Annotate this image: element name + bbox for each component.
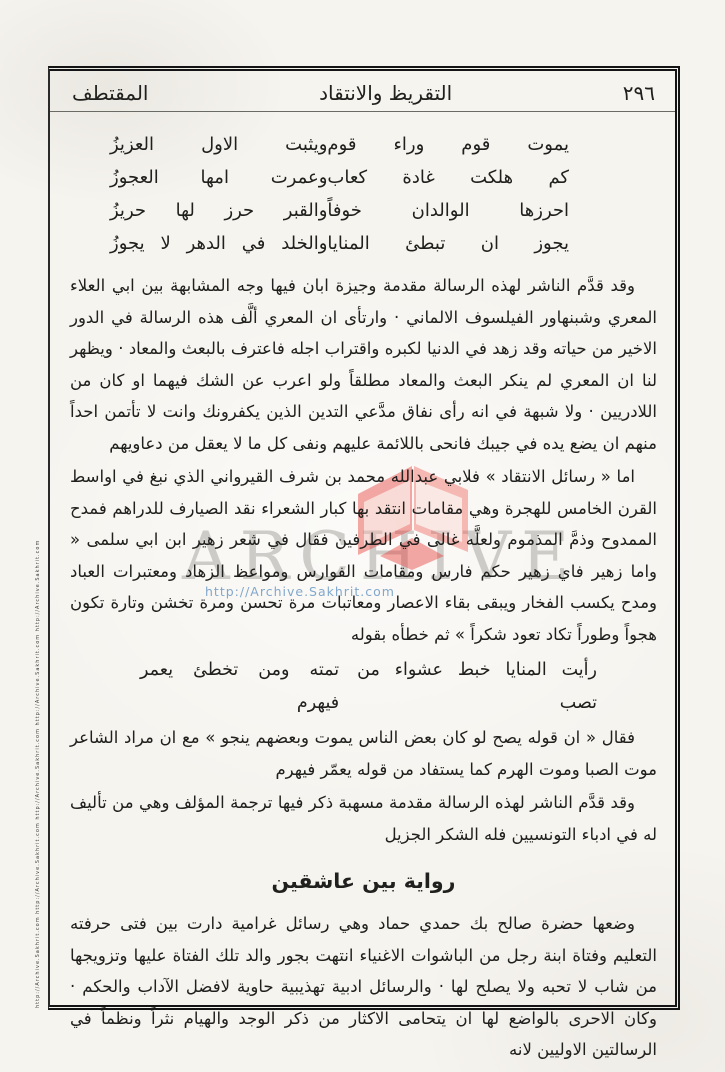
page-frame: ٢٩٦ التقريظ والانتقاد المقتطف يموت قوم و… xyxy=(48,66,680,1010)
page-body: يموت قوم وراء قوم ويثبت الاول العزيزُ كم… xyxy=(50,112,675,1066)
poem-line: احرزها الوالدان خوفاً والقبر حرز لها حري… xyxy=(110,194,569,227)
paragraph-critique: فقال « ان قوله يصح لو كان بعض الناس يموت… xyxy=(70,722,657,785)
hemistich-left: والخلد في الدهر لا يجوزُ xyxy=(110,227,327,260)
hemistich-left: وعمرت امها العجوزُ xyxy=(110,161,327,194)
hemistich-left: ويثبت الاول العزيزُ xyxy=(110,128,327,161)
side-watermark-strip: http://Archive.Sakhrit.com http://Archiv… xyxy=(33,70,45,1008)
hemistich-right: كم هلكت غادة كعاب xyxy=(327,161,569,194)
page-header: ٢٩٦ التقريظ والانتقاد المقتطف xyxy=(50,71,675,112)
poem-line: كم هلكت غادة كعاب وعمرت امها العجوزُ xyxy=(110,161,569,194)
hemistich-left: والقبر حرز لها حريزُ xyxy=(110,194,327,227)
poem-line: يموت قوم وراء قوم ويثبت الاول العزيزُ xyxy=(110,128,569,161)
hemistich-right: احرزها الوالدان خوفاً xyxy=(327,194,569,227)
paragraph-translator-thanks: وقد قدَّم الناشر لهذه الرسالة مقدمة مسهب… xyxy=(70,787,657,850)
page-number: ٢٩٦ xyxy=(623,81,655,105)
hemistich-right: يموت قوم وراء قوم xyxy=(327,128,569,161)
quoted-verse: رأيت المنايا خبط عشواء من تصب تمته ومن ت… xyxy=(140,654,597,720)
paragraph-rasail-intiqad: اما « رسائل الانتقاد » فلابي عبدالله محم… xyxy=(70,461,657,650)
magazine-name: المقتطف xyxy=(72,81,148,105)
section-title-riwaya: رواية بين عاشقين xyxy=(70,866,657,896)
paragraph-publisher-intro: وقد قدَّم الناشر لهذه الرسالة مقدمة وجيز… xyxy=(70,270,657,459)
page-title: التقريظ والانتقاد xyxy=(319,81,452,105)
poem-block: يموت قوم وراء قوم ويثبت الاول العزيزُ كم… xyxy=(110,128,569,260)
poem-line: يجوز ان تبطئ المنايا والخلد في الدهر لا … xyxy=(110,227,569,260)
hemistich-right: يجوز ان تبطئ المنايا xyxy=(327,227,569,260)
paragraph-riwaya-review: وضعها حضرة صالح بك حمدي حماد وهي رسائل غ… xyxy=(70,908,657,1066)
hemistich-right: رأيت المنايا خبط عشواء من تصب xyxy=(357,654,597,720)
hemistich-left: تمته ومن تخطئ يعمر فيهرم xyxy=(140,654,339,720)
side-watermark-text: http://Archive.Sakhrit.com http://Archiv… xyxy=(33,70,44,1008)
